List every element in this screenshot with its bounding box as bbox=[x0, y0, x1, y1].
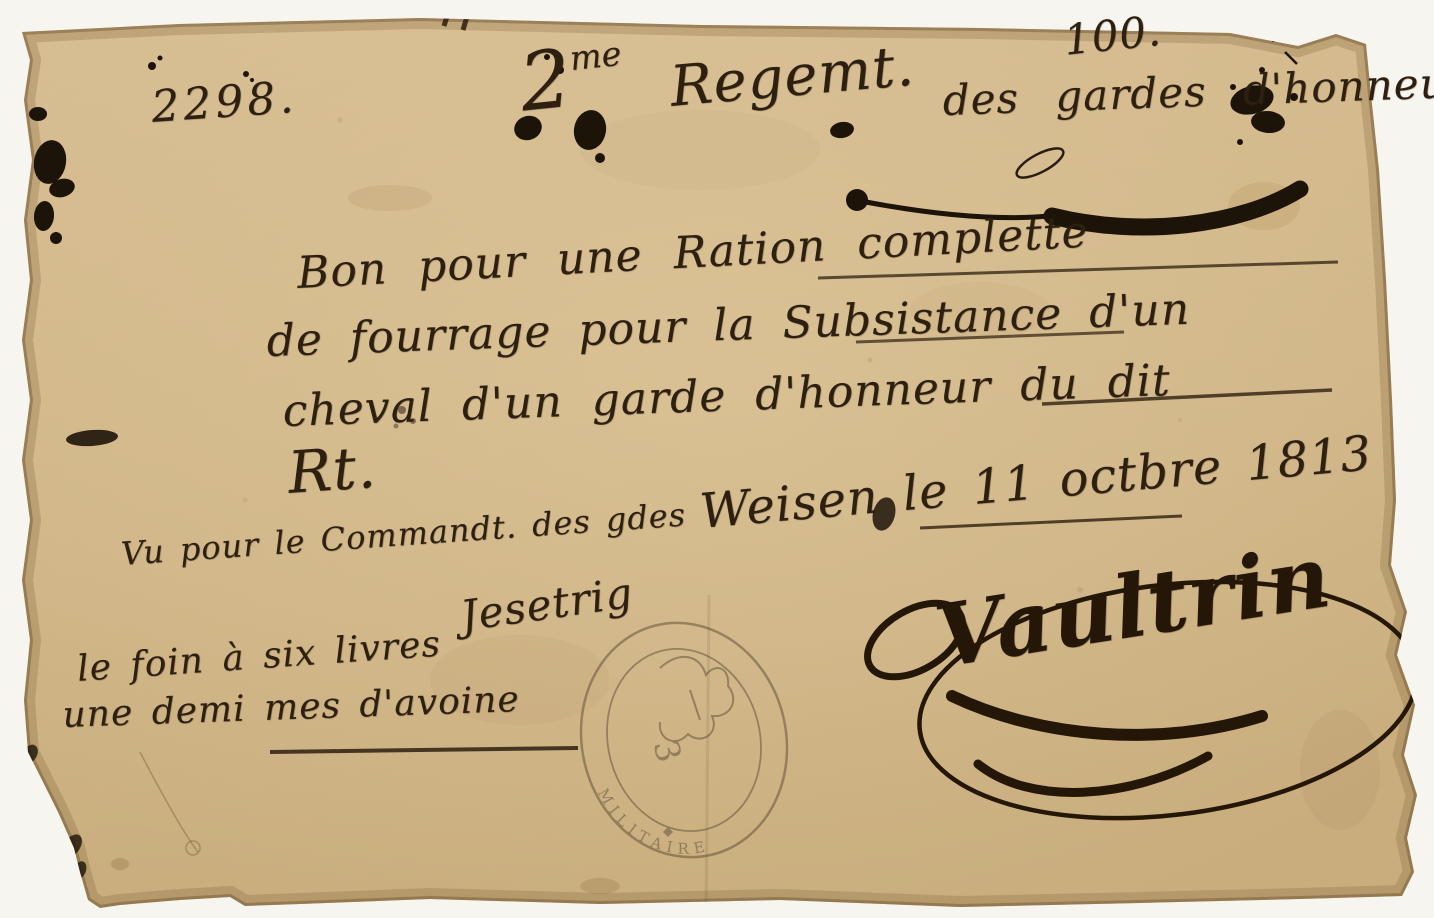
scan-number: 2298. bbox=[150, 76, 299, 130]
folio-number: 100. bbox=[1062, 10, 1163, 62]
regiment-ordinal-suffix: me bbox=[568, 34, 624, 78]
regiment-ordinal-digit: 2 bbox=[515, 32, 576, 130]
regiment-ordinal: 2me bbox=[516, 33, 627, 123]
body-line-4-regiment-abbrev: Rt. bbox=[286, 438, 378, 502]
scanned-document: 3 MILITAIRE bbox=[0, 0, 1434, 918]
